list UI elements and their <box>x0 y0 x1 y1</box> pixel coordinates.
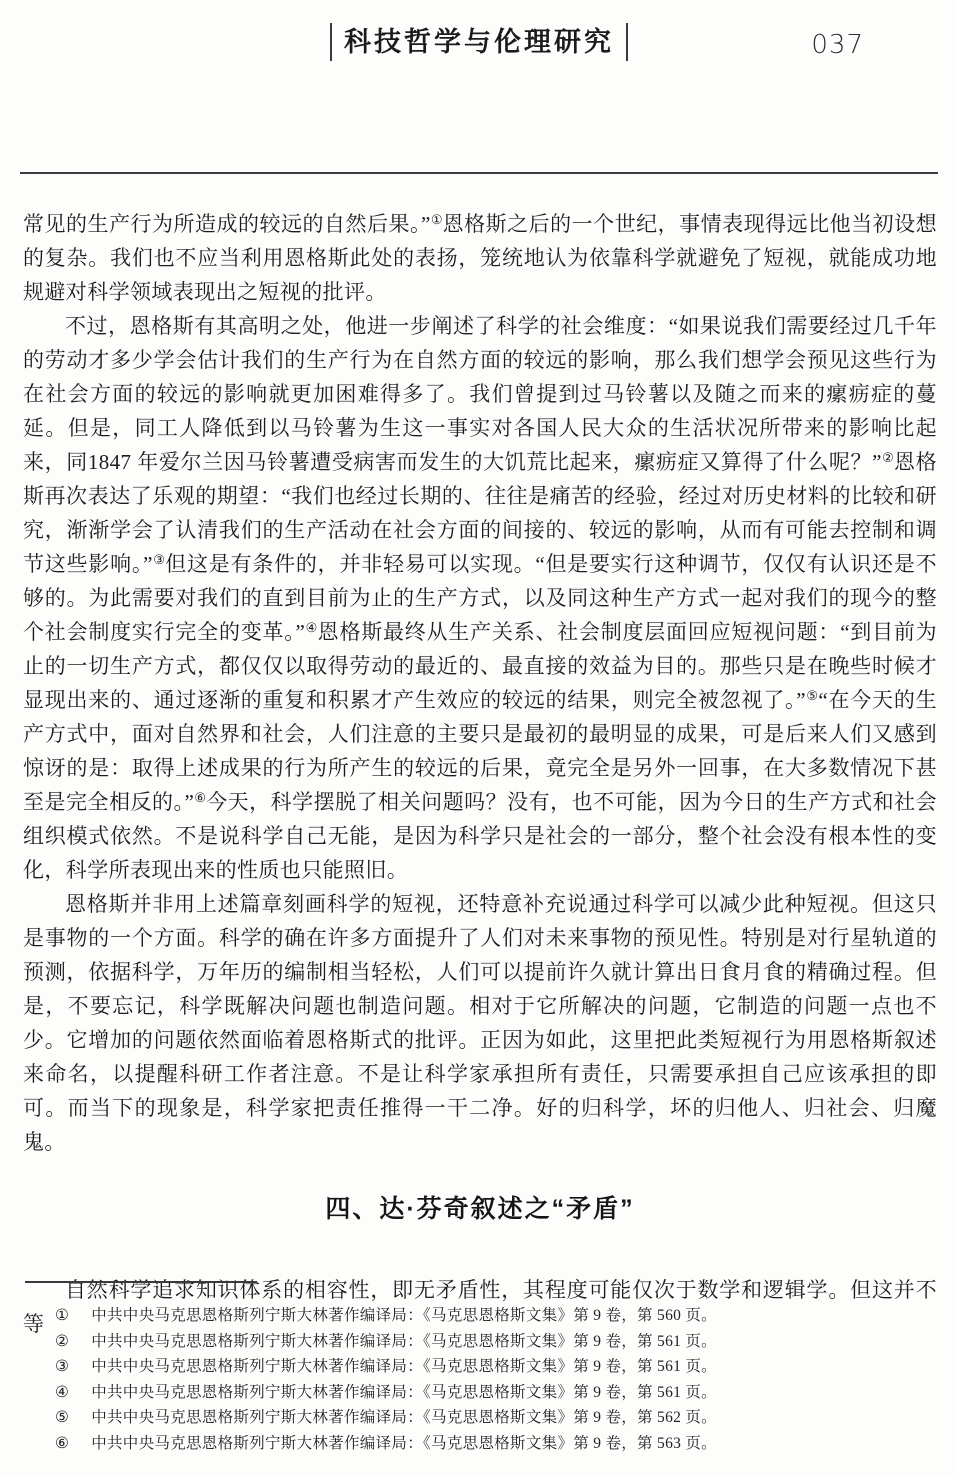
article: 常见的生产行为所造成的较远的自然后果。”①恩格斯之后的一个世纪，事情表现得远比他… <box>23 207 937 1341</box>
footnote-list: ①中共中央马克思恩格斯列宁斯大林著作编译局：《马克思恩格斯文集》第 9 卷，第 … <box>23 1303 937 1457</box>
footnotes: ①中共中央马克思恩格斯列宁斯大林著作编译局：《马克思恩格斯文集》第 9 卷，第 … <box>23 1281 937 1457</box>
footnote-ref: ③ <box>153 552 165 567</box>
footnote-text: 中共中央马克思恩格斯列宁斯大林著作编译局：《马克思恩格斯文集》第 9 卷，第 5… <box>91 1405 937 1431</box>
footnote-text: 中共中央马克思恩格斯列宁斯大林著作编译局：《马克思恩格斯文集》第 9 卷，第 5… <box>91 1329 937 1355</box>
journal-page: 科技哲学与伦理研究 037 常见的生产行为所造成的较远的自然后果。”①恩格斯之后… <box>0 0 958 1476</box>
article-body: 常见的生产行为所造成的较远的自然后果。”①恩格斯之后的一个世纪，事情表现得远比他… <box>23 207 937 1159</box>
footnote-marker: ⑥ <box>55 1431 69 1457</box>
page-number: 037 <box>811 30 864 60</box>
footnote-ref: ⑥ <box>194 790 206 805</box>
body-paragraph: 常见的生产行为所造成的较远的自然后果。”①恩格斯之后的一个世纪，事情表现得远比他… <box>23 207 937 309</box>
page-header: 科技哲学与伦理研究 037 <box>0 22 958 68</box>
section-heading: 四、达·芬奇叙述之“矛盾” <box>23 1191 937 1227</box>
footnote-marker: ⑤ <box>55 1405 69 1431</box>
footnote-item: ①中共中央马克思恩格斯列宁斯大林著作编译局：《马克思恩格斯文集》第 9 卷，第 … <box>23 1303 937 1329</box>
footnote-item: ⑤中共中央马克思恩格斯列宁斯大林著作编译局：《马克思恩格斯文集》第 9 卷，第 … <box>23 1405 937 1431</box>
footnote-text: 中共中央马克思恩格斯列宁斯大林著作编译局：《马克思恩格斯文集》第 9 卷，第 5… <box>91 1354 937 1380</box>
journal-section-title: 科技哲学与伦理研究 <box>344 22 614 62</box>
footnote-marker: ③ <box>55 1354 69 1380</box>
footnote-text: 中共中央马克思恩格斯列宁斯大林著作编译局：《马克思恩格斯文集》第 9 卷，第 5… <box>91 1303 937 1329</box>
header-rule-right <box>626 23 628 61</box>
footnote-ref: ② <box>882 450 894 465</box>
body-paragraph: 恩格斯并非用上述篇章刻画科学的短视，还特意补充说通过科学可以减少此种短视。但这只… <box>23 887 937 1159</box>
header-rule-left <box>330 23 332 61</box>
footnote-marker: ② <box>55 1329 69 1355</box>
footnote-text: 中共中央马克思恩格斯列宁斯大林著作编译局：《马克思恩格斯文集》第 9 卷，第 5… <box>91 1380 937 1406</box>
footnote-ref: ① <box>431 212 443 227</box>
footnote-marker: ① <box>55 1303 69 1329</box>
body-paragraph: 不过，恩格斯有其高明之处，他进一步阐述了科学的社会维度：“如果说我们需要经过几千… <box>23 309 937 887</box>
footnote-item: ③中共中央马克思恩格斯列宁斯大林著作编译局：《马克思恩格斯文集》第 9 卷，第 … <box>23 1354 937 1380</box>
footnote-marker: ④ <box>55 1380 69 1406</box>
footnote-text: 中共中央马克思恩格斯列宁斯大林著作编译局：《马克思恩格斯文集》第 9 卷，第 5… <box>91 1431 937 1457</box>
footnote-separator-rule <box>25 1281 257 1283</box>
footnote-ref: ④ <box>305 620 317 635</box>
header-divider-rule <box>20 172 938 174</box>
footnote-ref: ⑤ <box>806 688 818 703</box>
footnote-item: ⑥中共中央马克思恩格斯列宁斯大林著作编译局：《马克思恩格斯文集》第 9 卷，第 … <box>23 1431 937 1457</box>
footnote-item: ④中共中央马克思恩格斯列宁斯大林著作编译局：《马克思恩格斯文集》第 9 卷，第 … <box>23 1380 937 1406</box>
footnote-item: ②中共中央马克思恩格斯列宁斯大林著作编译局：《马克思恩格斯文集》第 9 卷，第 … <box>23 1329 937 1355</box>
